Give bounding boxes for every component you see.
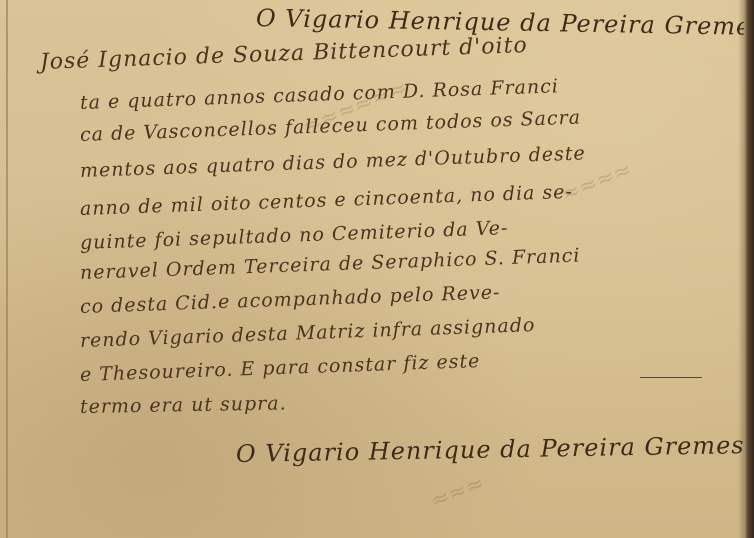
book-binding	[744, 0, 754, 538]
entry-line-6: anno de mil oito centos e cincoenta, no …	[80, 181, 574, 220]
line-underline	[640, 377, 702, 378]
entry-line-11: e Thesoureiro. E para constar fiz este	[80, 350, 481, 386]
signature-bottom: O Vigario Henrique da Pereira Gremes	[236, 431, 745, 468]
entry-line-2: José Ignacio de Souza Bittencourt d'oito	[40, 33, 529, 75]
entry-line-9: co desta Cid.e acompanhado pelo Reve-	[80, 281, 501, 318]
entry-line-5: mentos aos quatro dias do mez d'Outubro …	[80, 142, 586, 182]
bleed-through-text: ≈≈≈	[427, 471, 488, 515]
entry-line-12: termo era ut supra.	[80, 392, 287, 418]
margin-rule	[6, 0, 8, 538]
entry-line-10: rendo Vigario desta Matriz infra assigna…	[80, 314, 536, 352]
document-page: ≈≈≈≈≈≈ ≈≈≈≈ ≈≈≈ O Vigario Henrique da Pe…	[0, 0, 754, 538]
